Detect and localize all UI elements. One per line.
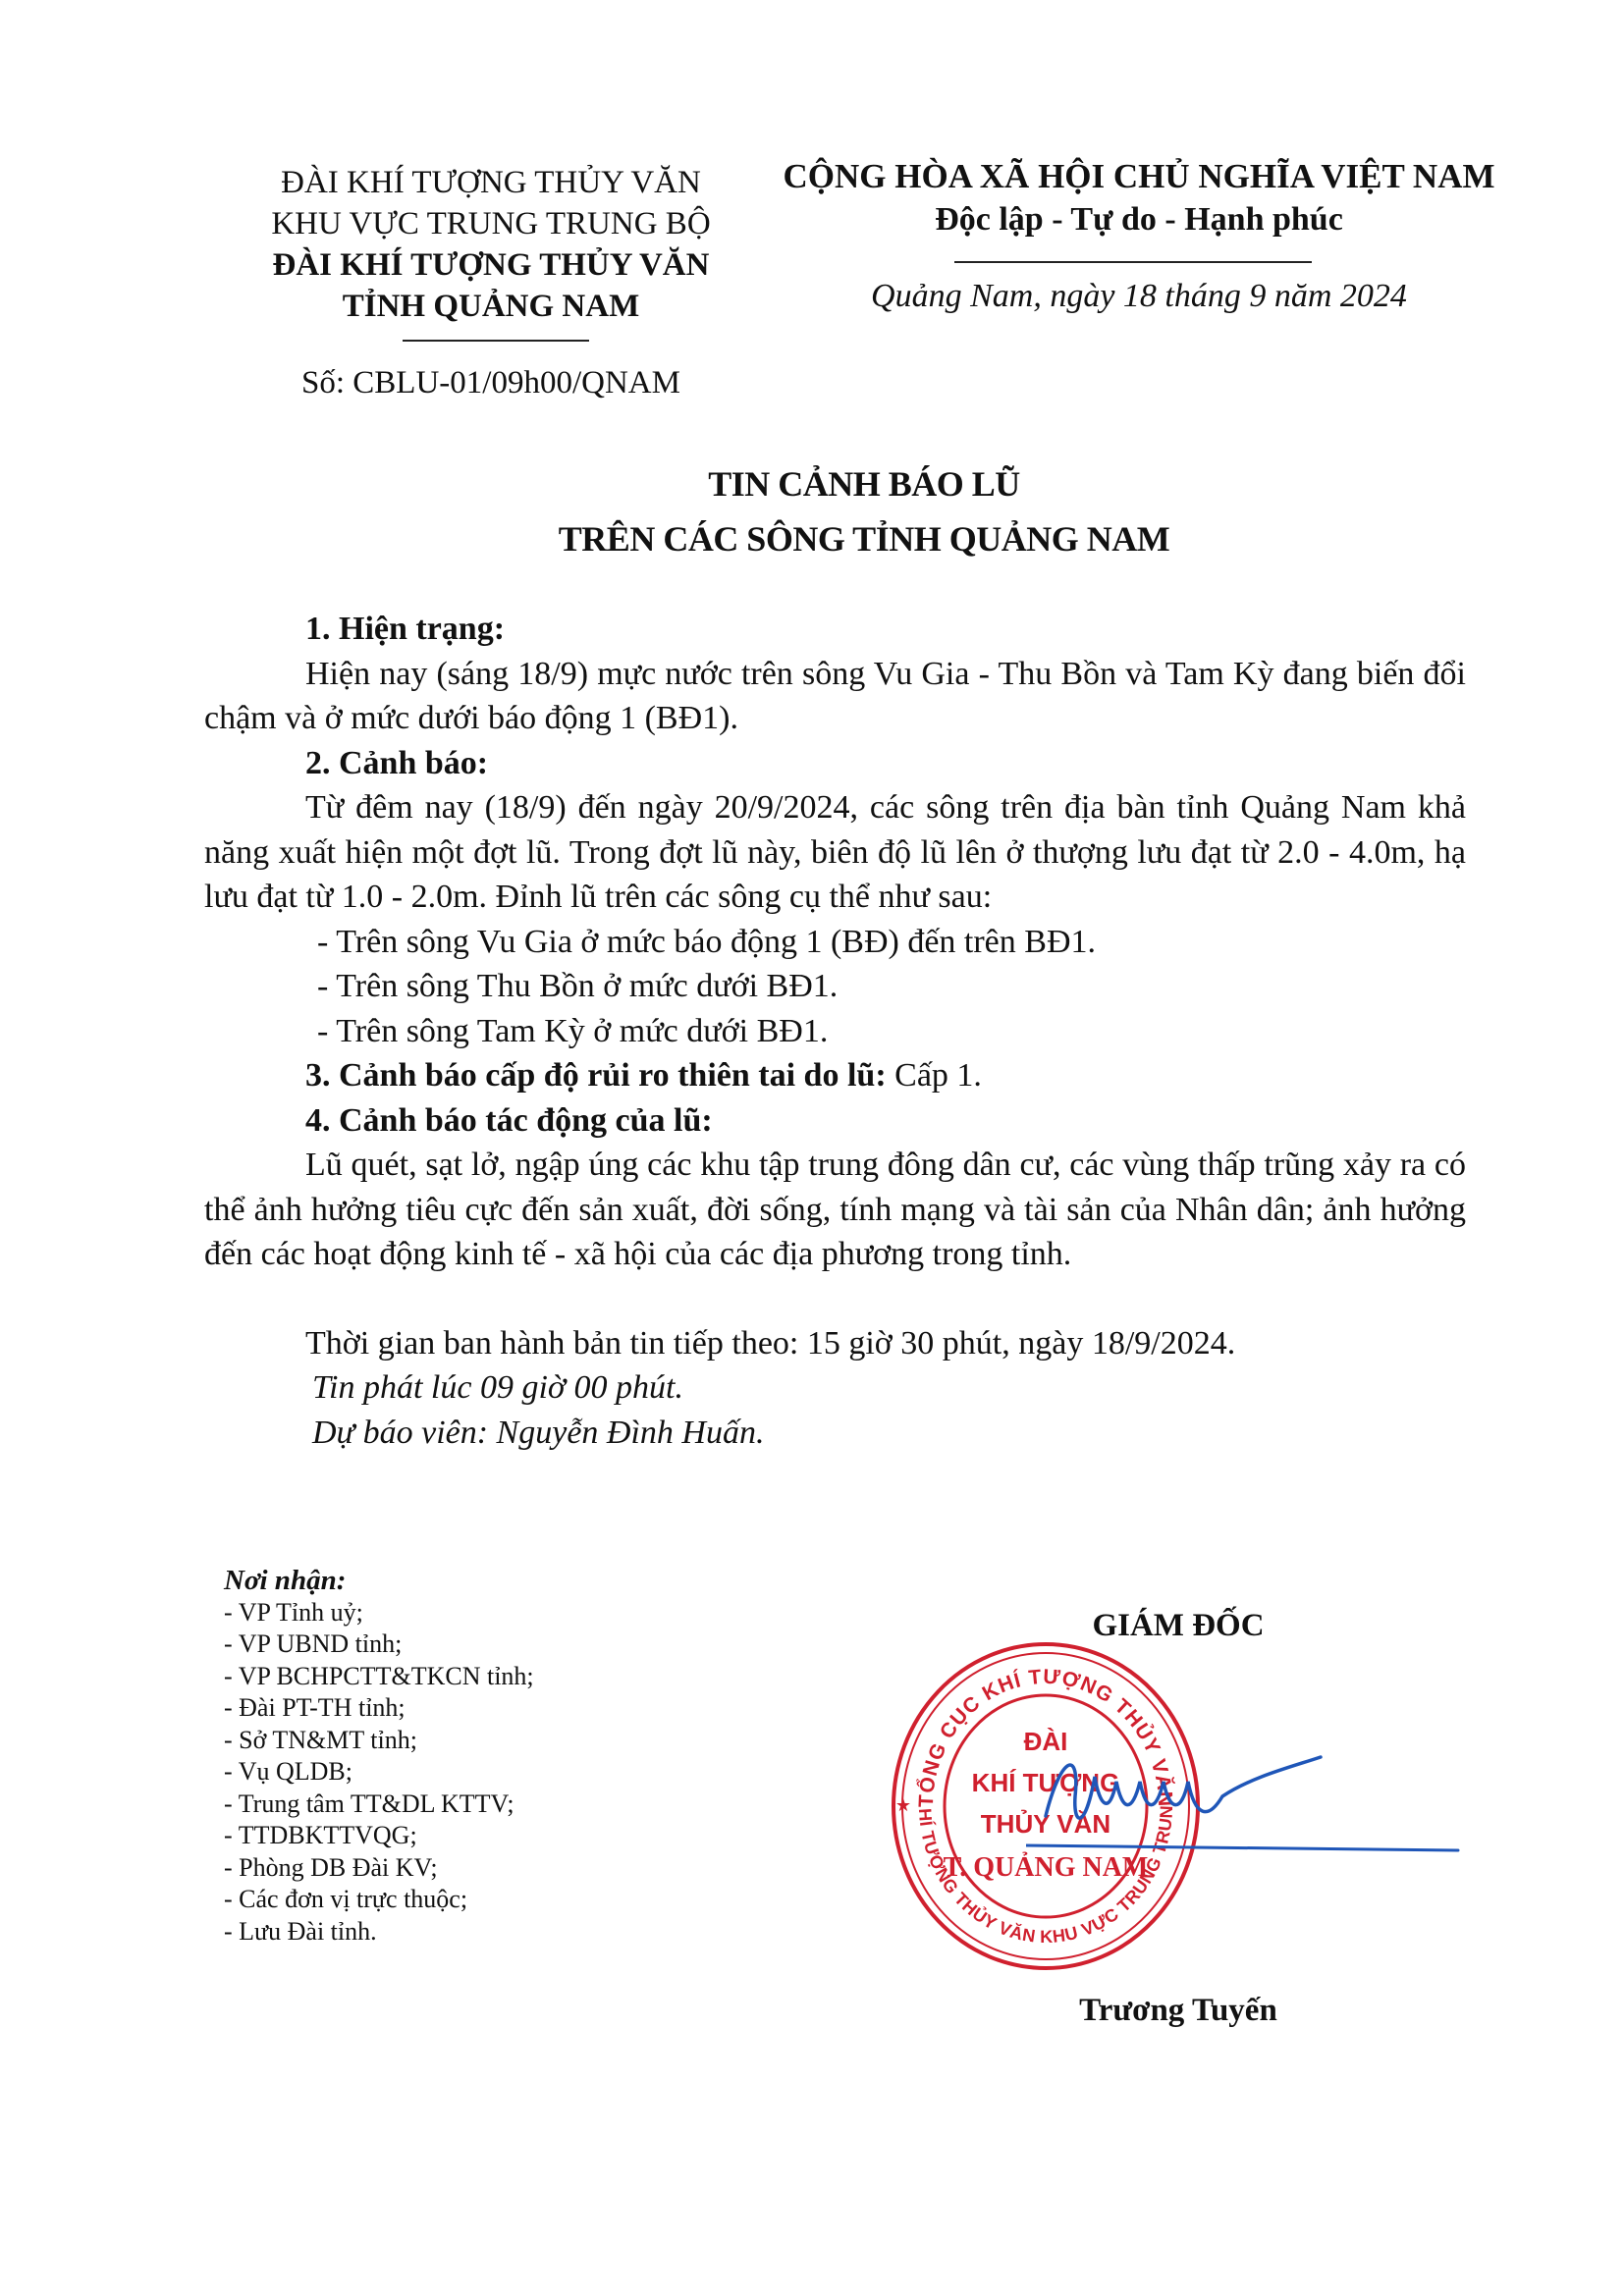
recipient-item: - Lưu Đài tỉnh. bbox=[224, 1916, 715, 1949]
title-line-2: TRÊN CÁC SÔNG TỈNH QUẢNG NAM bbox=[236, 511, 1492, 566]
recipient-item: - TTDBKTTVQG; bbox=[224, 1820, 715, 1852]
parent-agency-line-1: ĐÀI KHÍ TƯỢNG THỦY VĂN bbox=[236, 162, 746, 203]
national-motto: Độc lập - Tự do - Hạnh phúc bbox=[766, 198, 1512, 241]
document-title: TIN CẢNH BÁO LŨ TRÊN CÁC SÔNG TỈNH QUẢNG… bbox=[236, 456, 1492, 566]
forecaster-name: Dự báo viên: Nguyễn Đình Huấn. bbox=[204, 1411, 1466, 1456]
section-3: 3. Cảnh báo cấp độ rủi ro thiên tai do l… bbox=[204, 1053, 1466, 1098]
document-number: Số: CBLU-01/09h00/QNAM bbox=[236, 365, 746, 401]
agency-name-line-1: ĐÀI KHÍ TƯỢNG THỦY VĂN bbox=[236, 244, 746, 286]
river-forecast-item: - Trên sông Thu Bồn ở mức dưới BĐ1. bbox=[204, 964, 1466, 1009]
next-bulletin-time: Thời gian ban hành bản tin tiếp theo: 15… bbox=[204, 1321, 1466, 1366]
section-2-heading: 2. Cảnh báo: bbox=[204, 741, 1466, 786]
recipient-item: - Phòng DB Đài KV; bbox=[224, 1852, 715, 1885]
handwritten-signature-icon bbox=[1026, 1737, 1468, 1885]
national-header: CỘNG HÒA XÃ HỘI CHỦ NGHĨA VIỆT NAM Độc l… bbox=[766, 155, 1512, 241]
section-4-text: Lũ quét, sạt lở, ngập úng các khu tập tr… bbox=[204, 1143, 1466, 1277]
issued-time: Tin phát lúc 09 giờ 00 phút. bbox=[204, 1365, 1466, 1411]
place-and-date: Quảng Nam, ngày 18 tháng 9 năm 2024 bbox=[785, 278, 1492, 315]
nation-name: CỘNG HÒA XÃ HỘI CHỦ NGHĨA VIỆT NAM bbox=[766, 155, 1512, 198]
section-2-text: Từ đêm nay (18/9) đến ngày 20/9/2024, cá… bbox=[204, 785, 1466, 920]
section-3-heading: 3. Cảnh báo cấp độ rủi ro thiên tai do l… bbox=[305, 1057, 887, 1094]
river-forecast-item: - Trên sông Tam Kỳ ở mức dưới BĐ1. bbox=[204, 1009, 1466, 1054]
section-1-text: Hiện nay (sáng 18/9) mực nước trên sông … bbox=[204, 652, 1466, 741]
section-4-heading: 4. Cảnh báo tác động của lũ: bbox=[204, 1098, 1466, 1144]
recipient-item: - Trung tâm TT&DL KTTV; bbox=[224, 1789, 715, 1821]
agency-divider bbox=[403, 340, 589, 342]
recipient-item: - VP Tỉnh uỷ; bbox=[224, 1597, 715, 1629]
recipients-list: Nơi nhận: - VP Tỉnh uỷ; - VP UBND tỉnh; … bbox=[224, 1565, 715, 1948]
title-line-1: TIN CẢNH BÁO LŨ bbox=[236, 456, 1492, 511]
document-body: 1. Hiện trạng: Hiện nay (sáng 18/9) mực … bbox=[204, 607, 1466, 1455]
recipient-item: - Các đơn vị trực thuộc; bbox=[224, 1884, 715, 1916]
recipients-title: Nơi nhận: bbox=[224, 1565, 715, 1597]
section-1-heading: 1. Hiện trạng: bbox=[204, 607, 1466, 652]
recipient-item: - VP UBND tỉnh; bbox=[224, 1629, 715, 1661]
recipient-item: - Đài PT-TH tỉnh; bbox=[224, 1692, 715, 1725]
svg-text:★: ★ bbox=[895, 1795, 911, 1815]
recipient-item: - Vụ QLDB; bbox=[224, 1756, 715, 1789]
river-forecast-item: - Trên sông Vu Gia ở mức báo động 1 (BĐ)… bbox=[204, 920, 1466, 965]
parent-agency-line-2: KHU VỰC TRUNG TRUNG BỘ bbox=[236, 203, 746, 244]
signer-name: Trương Tuyến bbox=[1011, 1993, 1345, 2029]
motto-divider bbox=[954, 261, 1312, 263]
recipient-item: - Sở TN&MT tỉnh; bbox=[224, 1725, 715, 1757]
issuing-agency-block: ĐÀI KHÍ TƯỢNG THỦY VĂN KHU VỰC TRUNG TRU… bbox=[236, 162, 746, 327]
risk-level-value: Cấp 1. bbox=[887, 1057, 982, 1094]
recipient-item: - VP BCHPCTT&TKCN tỉnh; bbox=[224, 1661, 715, 1693]
agency-name-line-2: TỈNH QUẢNG NAM bbox=[236, 286, 746, 327]
